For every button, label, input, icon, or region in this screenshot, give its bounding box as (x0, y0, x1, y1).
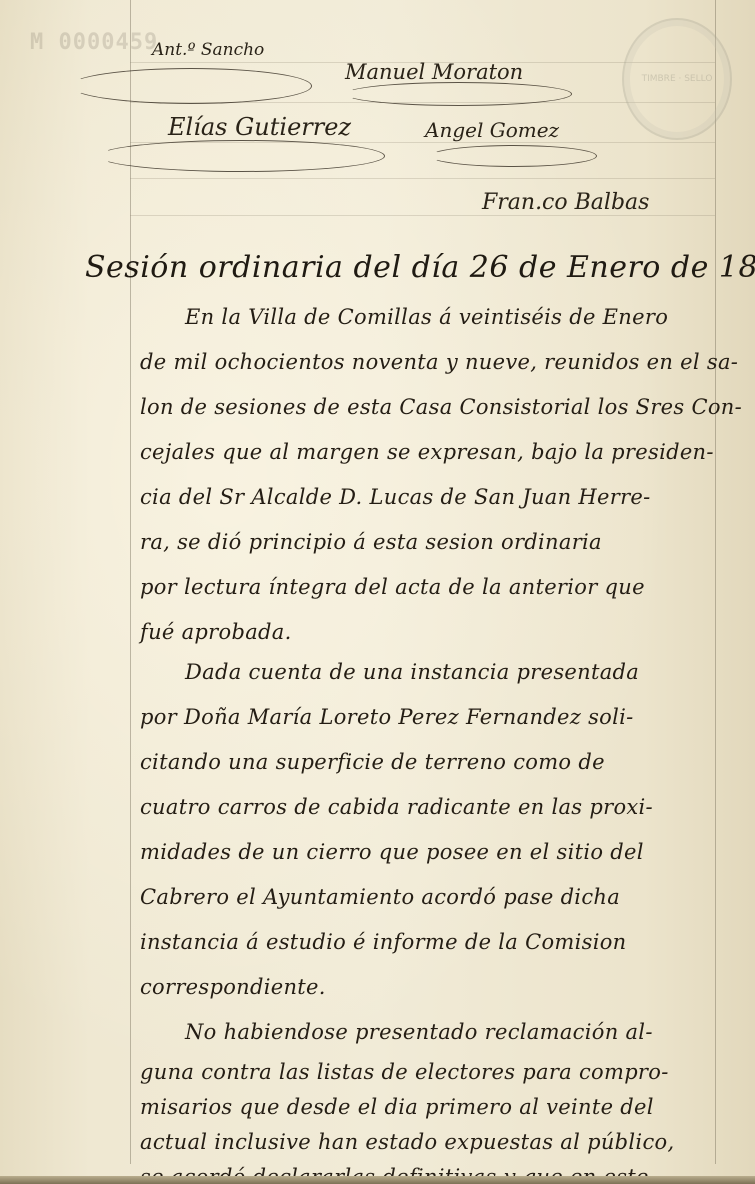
text-line: actual inclusive han estado expuestas al… (140, 1130, 720, 1154)
ruled-line (130, 178, 715, 179)
text-line: citando una superficie de terreno como d… (140, 750, 720, 774)
text-line: cia del Sr Alcalde D. Lucas de San Juan … (140, 485, 720, 509)
ruled-line (130, 215, 715, 216)
signature-flourish (430, 145, 597, 167)
text-line: por lectura íntegra del acta de la anter… (140, 575, 720, 599)
signature-flourish (345, 82, 572, 106)
text-line: No habiendose presentado reclamación al- (185, 1020, 720, 1044)
signature-3: Elías Gutierrez (168, 113, 351, 141)
text-line: Dada cuenta de una instancia presentada (185, 660, 720, 684)
text-line: fué aprobada. (140, 620, 720, 644)
text-line: guna contra las listas de electores para… (140, 1060, 720, 1084)
text-line: misarios que desde el dia primero al vei… (140, 1095, 720, 1119)
document-page: M 0000459 TIMBRE · SELLO Ant.º Sancho Ma… (0, 0, 755, 1184)
seal-text: TIMBRE · SELLO (642, 74, 713, 84)
text-line: instancia á estudio é informe de la Comi… (140, 930, 720, 954)
embossed-seal: TIMBRE · SELLO (622, 18, 732, 140)
signature-4: Angel Gomez (425, 118, 559, 142)
text-line: de mil ochocientos noventa y nueve, reun… (140, 350, 720, 374)
text-line: cejales que al margen se expresan, bajo … (140, 440, 720, 464)
signature-1: Ant.º Sancho (152, 40, 264, 60)
text-line: En la Villa de Comillas á veintiséis de … (185, 305, 720, 329)
signature-5: Fran.co Balbas (482, 190, 649, 215)
signature-flourish (70, 68, 312, 104)
left-margin-rule (130, 0, 131, 1164)
signature-flourish (98, 140, 385, 172)
text-line: cuatro carros de cabida radicante en las… (140, 795, 720, 819)
ghost-stamp: M 0000459 (30, 30, 158, 55)
text-line: ra, se dió principio á esta sesion ordin… (140, 530, 720, 554)
text-line: lon de sesiones de esta Casa Consistoria… (140, 395, 720, 419)
text-line: midades de un cierro que posee en el sit… (140, 840, 720, 864)
text-line: Cabrero el Ayuntamiento acordó pase dich… (140, 885, 720, 909)
session-title: Sesión ordinaria del día 26 de Enero de … (85, 250, 725, 285)
text-line: correspondiente. (140, 975, 720, 999)
page-bottom-edge (0, 1176, 755, 1184)
text-line: por Doña María Loreto Perez Fernandez so… (140, 705, 720, 729)
signature-2: Manuel Moraton (345, 60, 523, 84)
